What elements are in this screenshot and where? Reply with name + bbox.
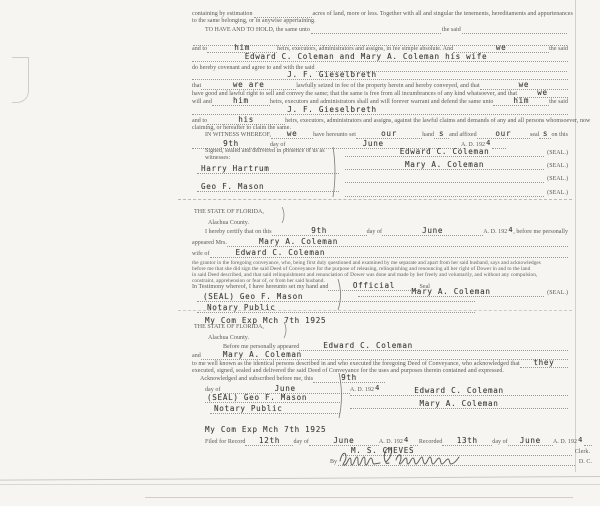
grantee-line-2: J. F. Gieselbreth: [192, 105, 568, 115]
ack-signer-2: Mary A. Coleman: [350, 399, 568, 409]
typed-year: 4: [404, 436, 409, 444]
typed-notary-name: (SEAL) Geo F. Mason: [203, 293, 303, 301]
typed-witness-name: Geo F. Mason: [201, 183, 264, 191]
seal-line-1: Edward C. Coleman (SEAL.): [345, 147, 568, 157]
typed-grantor-names: Edward C. Coleman and Mary A. Coleman hi…: [245, 53, 488, 61]
seal-line-3: (SEAL.): [345, 173, 568, 183]
deed-document-scan: containing by estimation acres of land, …: [0, 0, 600, 506]
notary-signature-2: (SEAL) Geo F. Mason: [205, 393, 340, 403]
have-hold-line: TO HAVE AND TO HOLD, the same unto the s…: [205, 25, 568, 34]
typed-signer-name: Edward C. Coleman: [414, 387, 504, 395]
typed-grantee-name: J. F. Gieselbreth: [287, 106, 377, 114]
state-line-1: THE STATE OF FLORIDA,: [194, 207, 264, 216]
form-text: TO HAVE AND TO HOLD, the same unto: [205, 27, 310, 34]
typed-day: 9th: [311, 227, 327, 235]
form-text: and affixed: [449, 132, 477, 139]
typed-entry: we: [496, 44, 507, 52]
typed-name: Edward C. Coleman: [236, 249, 326, 257]
section-divider: [178, 310, 572, 311]
form-text: have hereunto set: [313, 132, 356, 139]
typed-signer-name: Edward C. Coleman: [400, 148, 490, 156]
typed-year: 4: [486, 139, 491, 147]
form-text: IN WITNESS WHEREOF,: [205, 132, 271, 139]
in-witness-line: IN WITNESS WHEREOF, we have hereunto set…: [205, 130, 568, 139]
form-text: the said: [442, 27, 461, 34]
typed-day: 12th: [259, 437, 280, 445]
form-text: seal: [530, 132, 540, 139]
handwritten-signature: [336, 444, 506, 468]
typed-month: June: [275, 385, 296, 393]
page-edge-right: [575, 0, 576, 472]
form-text: to the same belonging, or in anywise app…: [192, 18, 316, 25]
seal-label: (SEAL.): [547, 150, 568, 157]
seal-label: (SEAL.): [547, 163, 568, 170]
dc-label: D. C.: [579, 459, 592, 466]
typed-entry: we: [287, 130, 298, 138]
brace-icon: [331, 146, 339, 198]
typed-entry: our: [381, 130, 397, 138]
form-text: hand: [422, 132, 434, 139]
page-edge-bottom-2: [0, 484, 600, 485]
typed-witness-name: Harry Hartrum: [201, 165, 270, 173]
seal-label: (SEAL.): [547, 176, 568, 183]
typed-year: 4: [508, 226, 513, 234]
brace-icon: [281, 207, 287, 224]
typed-entry: him: [513, 97, 529, 105]
ack-signer-1: Edward C. Coleman: [350, 386, 568, 396]
typed-commission: My Com Exp Mch 7th 1925: [205, 426, 326, 434]
seal-label: (SEAL.): [547, 190, 568, 197]
typed-year: 4: [578, 436, 583, 444]
typed-signer-name: Mary A. Coleman: [405, 161, 484, 169]
form-text: on this: [551, 132, 568, 139]
typed-day: 9th: [223, 140, 239, 148]
brace-icon: [338, 373, 345, 419]
acknowledged-line: Acknowledged and subscribed before me, t…: [200, 374, 385, 383]
typed-entry: him: [234, 44, 250, 52]
certify-line: I hereby certify that on this 9th day of…: [205, 227, 568, 236]
typed-entry: we: [519, 81, 530, 89]
clerk-label: Clerk.: [575, 449, 590, 456]
seal-line-2: Mary A. Coleman (SEAL.): [345, 160, 568, 170]
section-divider: [178, 199, 572, 200]
typed-entry: we are: [233, 81, 265, 89]
typed-notary-title: Notary Public: [214, 405, 283, 413]
grantee-line-1: J. F. Gieselbreth: [192, 70, 568, 80]
typed-month: June: [422, 227, 443, 235]
typed-grantee-name: J. F. Gieselbreth: [287, 71, 377, 79]
typed-signer-name: Mary A. Coleman: [419, 400, 498, 408]
page-edge-bottom-1: [0, 476, 600, 481]
seal-line-4: (SEAL.): [345, 187, 568, 197]
notary-signature-1: (SEAL) Geo F. Mason: [197, 292, 475, 302]
seal-label: (SEAL.): [547, 290, 568, 297]
appeared-line: appeared Mrs. Mary A. Coleman: [192, 237, 568, 247]
witness-signature-2: Geo F. Mason: [197, 182, 339, 192]
typed-entry: s: [543, 130, 548, 138]
grantors-line: Edward C. Coleman and Mary A. Coleman hi…: [192, 52, 568, 62]
typed-name: Edward C. Coleman: [323, 342, 413, 350]
county-line-1: Alachua County.: [208, 218, 249, 227]
brace-icon: [283, 322, 289, 339]
typed-month: June: [520, 437, 541, 445]
belonging-line: to the same belonging, or in anywise app…: [192, 16, 570, 25]
typed-entry: our: [495, 130, 511, 138]
typed-entry: we: [537, 89, 548, 97]
margin-bracket-mark: [12, 57, 29, 103]
typed-name: Mary A. Coleman: [223, 351, 302, 359]
notary-title-2: Notary Public: [210, 404, 340, 414]
typed-entry: him: [233, 97, 249, 105]
witness-caption: Signed, sealed and delivered in presence…: [205, 148, 339, 164]
notary-title-1: Notary Public: [197, 303, 475, 313]
state-line-2: THE STATE OF FLORIDA,: [194, 322, 264, 331]
typed-name: Mary A. Coleman: [259, 238, 338, 246]
typed-entry: s: [439, 130, 444, 138]
witness-signature-1: Harry Hartrum: [197, 164, 339, 174]
commission-line-2: My Com Exp Mch 7th 1925: [205, 424, 326, 434]
page-edge-bottom-3: [145, 497, 573, 498]
typed-notary-name: (SEAL) Geo F. Mason: [207, 394, 307, 402]
